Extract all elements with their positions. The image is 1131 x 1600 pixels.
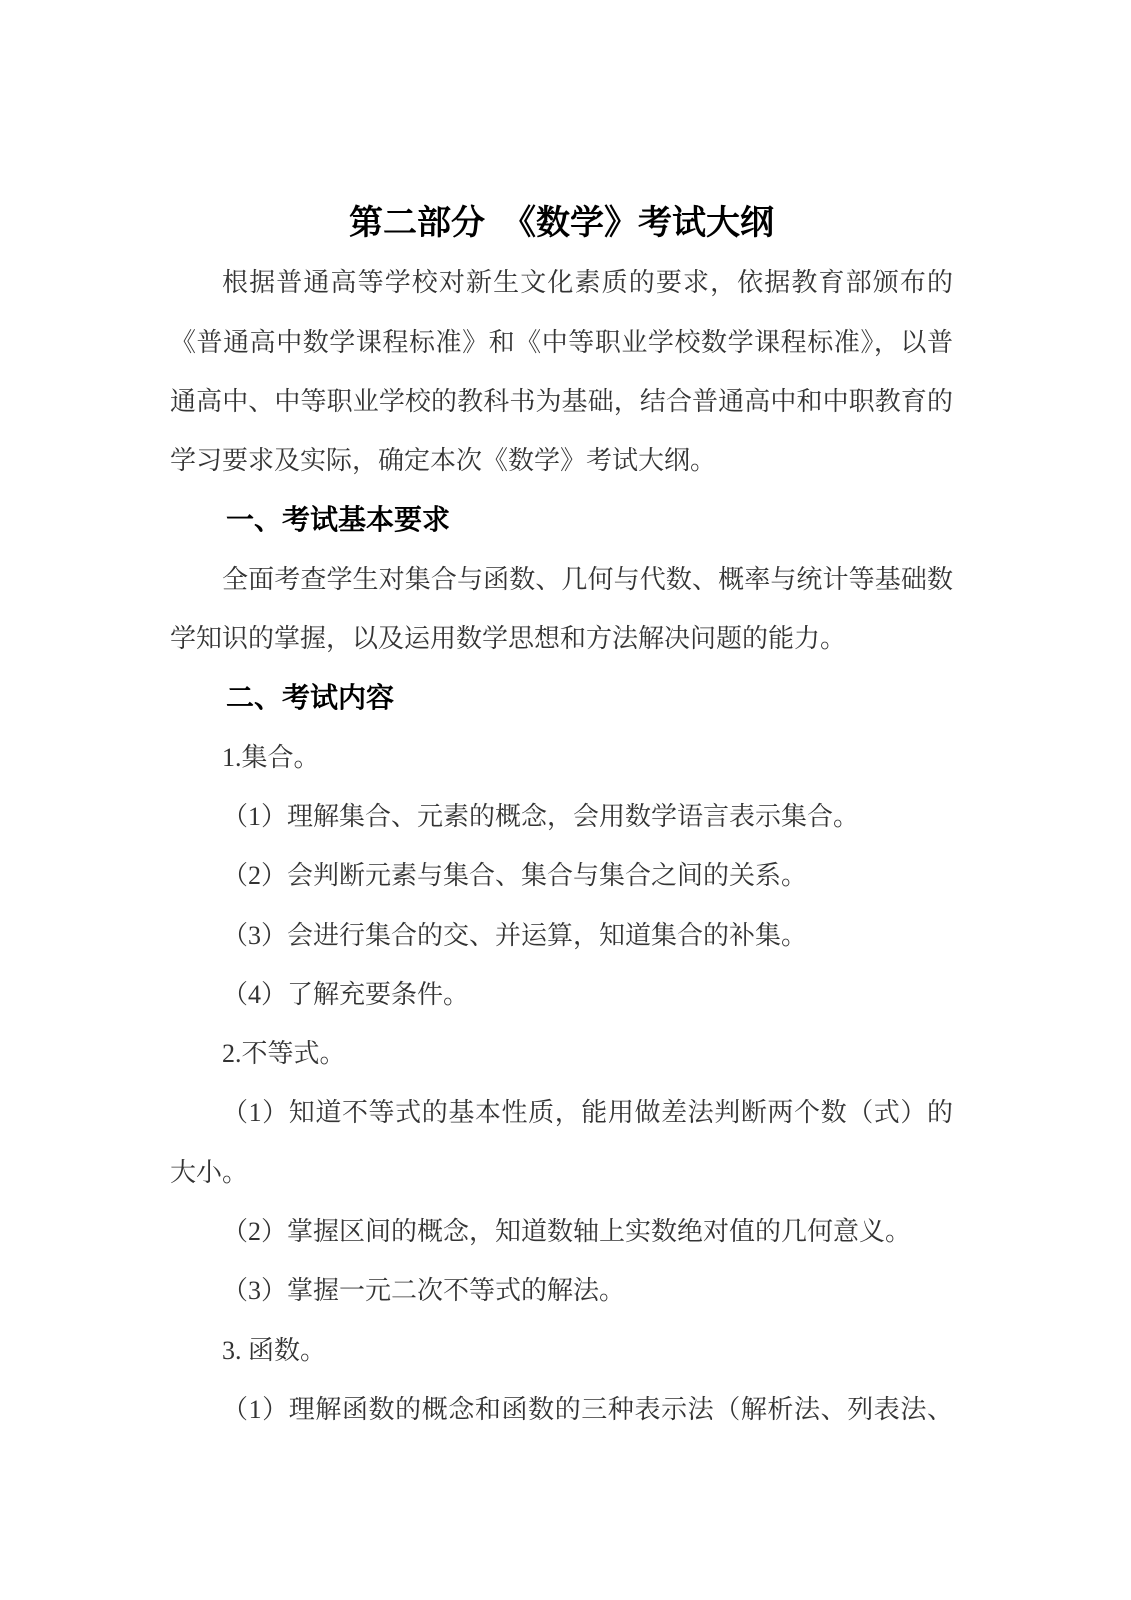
text-line: （1）知道不等式的基本性质，能用做差法判断两个数（式）的 [170,1083,953,1142]
text-line: （1）理解函数的概念和函数的三种表示法（解析法、列表法、 [170,1380,953,1439]
text-line: （3）会进行集合的交、并运算，知道集合的补集。 [170,906,953,965]
text-line: 《普通高中数学课程标准》和《中等职业学校数学课程标准》，以普 [170,313,953,372]
text-line: 学知识的掌握，以及运用数学思想和方法解决问题的能力。 [170,609,953,668]
section-heading: 一、考试基本要求 [170,490,953,549]
text-line: 根据普通高等学校对新生文化素质的要求，依据教育部颁布的 [170,253,953,312]
text-line: 通高中、中等职业学校的教科书为基础，结合普通高中和中职教育的 [170,372,953,431]
document-title: 第二部分 《数学》考试大纲 [170,194,953,253]
document-body: 第二部分 《数学》考试大纲 根据普通高等学校对新生文化素质的要求，依据教育部颁布… [170,0,953,1439]
text-line: 大小。 [170,1143,953,1202]
document-page: 第二部分 《数学》考试大纲 根据普通高等学校对新生文化素质的要求，依据教育部颁布… [0,0,1131,1600]
text-line: 2.不等式。 [170,1024,953,1083]
text-line: 3. 函数。 [170,1321,953,1380]
text-line: 1.集合。 [170,728,953,787]
text-line: （1）理解集合、元素的概念，会用数学语言表示集合。 [170,787,953,846]
document-lines: 根据普通高等学校对新生文化素质的要求，依据教育部颁布的《普通高中数学课程标准》和… [170,253,953,1439]
text-line: 全面考查学生对集合与函数、几何与代数、概率与统计等基础数 [170,550,953,609]
section-heading: 二、考试内容 [170,668,953,727]
text-line: （2）掌握区间的概念，知道数轴上实数绝对值的几何意义。 [170,1202,953,1261]
text-line: （3）掌握一元二次不等式的解法。 [170,1261,953,1320]
text-line: （2）会判断元素与集合、集合与集合之间的关系。 [170,846,953,905]
text-line: （4）了解充要条件。 [170,965,953,1024]
text-line: 学习要求及实际，确定本次《数学》考试大纲。 [170,431,953,490]
